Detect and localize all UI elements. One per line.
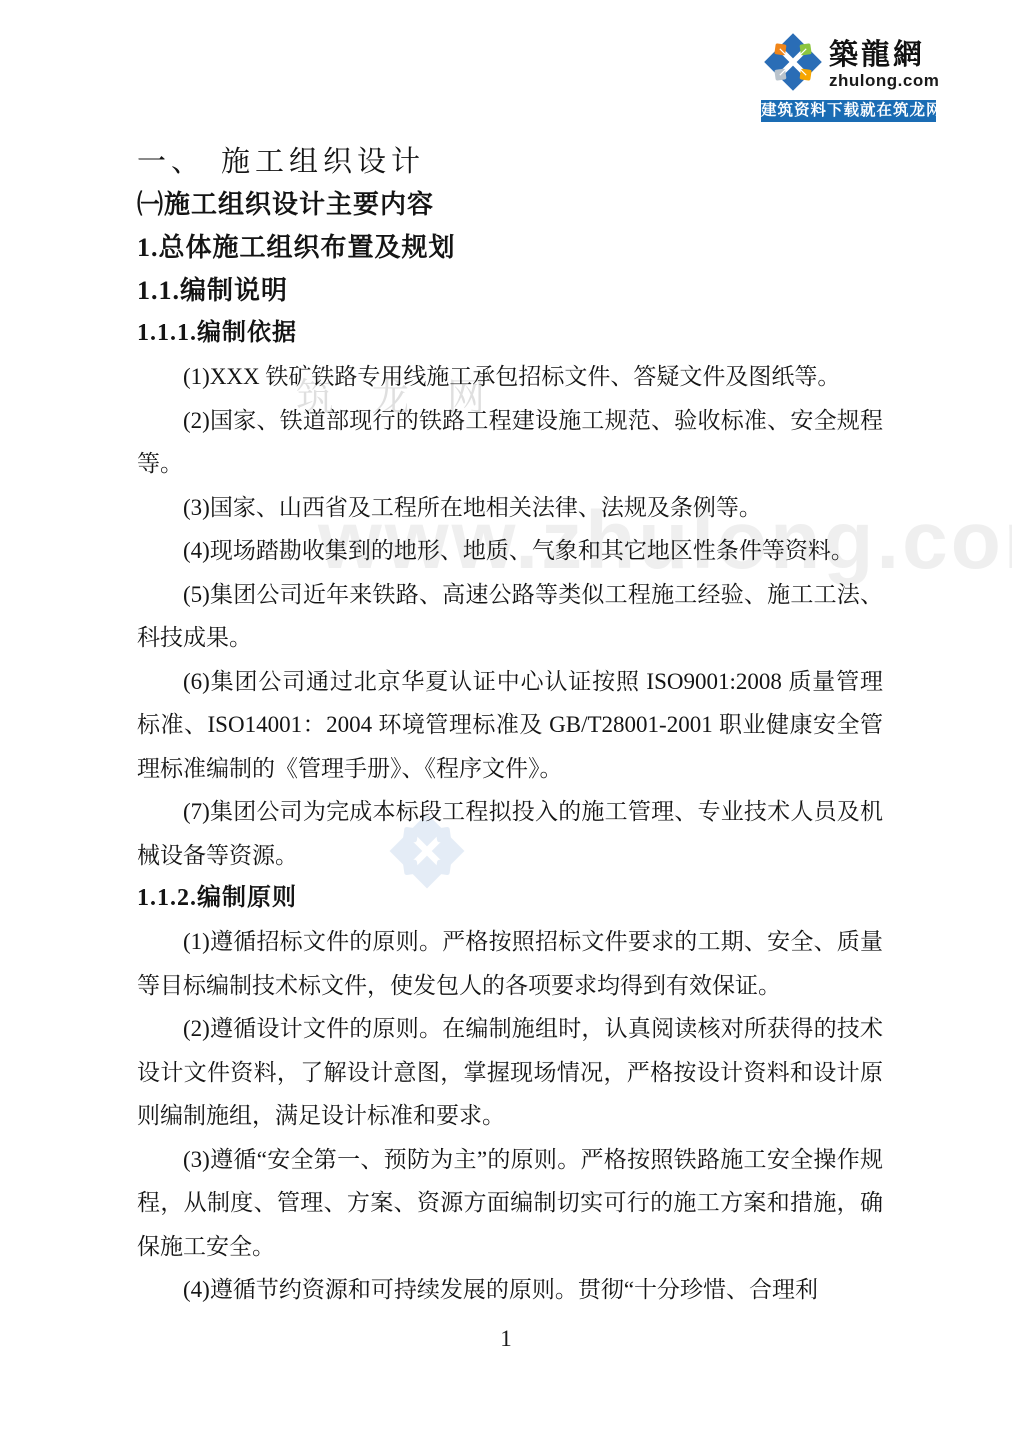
zhulong-logo-texts: 築龍網 zhulong.com [829, 39, 939, 90]
basis-paragraph-5: (5)集团公司近年来铁路、高速公路等类似工程施工经验、施工工法、科技成果。 [137, 573, 883, 660]
zhulong-domain: zhulong.com [829, 71, 939, 90]
zhulong-brand-name: 築龍網 [829, 39, 939, 71]
heading-compilation-notes: 1.1.编制说明 [137, 269, 883, 312]
document-page: 筑 龙 网 www.zhulong.com [0, 0, 1012, 1431]
zhulong-banner: 建筑资料下载就在筑龙网 [761, 100, 936, 122]
zhulong-logo: 築龍網 zhulong.com 建筑资料下载就在筑龙网 [761, 28, 936, 122]
heading-compilation-basis: 1.1.1.编制依据 [137, 312, 883, 355]
zhulong-pinwheel-icon [763, 32, 823, 97]
basis-paragraph-2: (2)国家、铁道部现行的铁路工程建设施工规范、验收标准、安全规程等。 [137, 399, 883, 486]
heading-level1-number: 一、 [137, 146, 205, 178]
basis-paragraph-6: (6)集团公司通过北京华夏认证中心认证按照 ISO9001:2008 质量管理标… [137, 660, 883, 791]
document-content: 一、施工组织设计 ㈠施工组织设计主要内容 1.总体施工组织布置及规划 1.1.编… [137, 142, 883, 1312]
heading-level1: 一、施工组织设计 [137, 142, 883, 183]
basis-paragraph-1: (1)XXX 铁矿铁路专用线施工承包招标文件、答疑文件及图纸等。 [137, 355, 883, 399]
heading-compilation-principles: 1.1.2.编制原则 [137, 877, 883, 920]
principle-paragraph-1: (1)遵循招标文件的原则。严格按照招标文件要求的工期、安全、质量等目标编制技术标… [137, 920, 883, 1007]
principle-paragraph-3: (3)遵循“安全第一、预防为主”的原则。严格按照铁路施工安全操作规程，从制度、管… [137, 1138, 883, 1269]
basis-paragraph-7: (7)集团公司为完成本标段工程拟投入的施工管理、专业技术人员及机械设备等资源。 [137, 790, 883, 877]
heading-level1-title: 施工组织设计 [221, 146, 425, 178]
heading-main-content: ㈠施工组织设计主要内容 [137, 183, 883, 226]
principle-paragraph-4: (4)遵循节约资源和可持续发展的原则。贯彻“十分珍惜、合理利 [137, 1268, 883, 1312]
principle-paragraph-2: (2)遵循设计文件的原则。在编制施组时，认真阅读核对所获得的技术设计文件资料，了… [137, 1007, 883, 1138]
basis-paragraph-3: (3)国家、山西省及工程所在地相关法律、法规及条例等。 [137, 486, 883, 530]
page-number: 1 [0, 1326, 1012, 1352]
basis-paragraph-4: (4)现场踏勘收集到的地形、地质、气象和其它地区性条件等资料。 [137, 529, 883, 573]
zhulong-logo-top: 築龍網 zhulong.com [761, 28, 936, 100]
heading-overall-layout: 1.总体施工组织布置及规划 [137, 226, 883, 269]
